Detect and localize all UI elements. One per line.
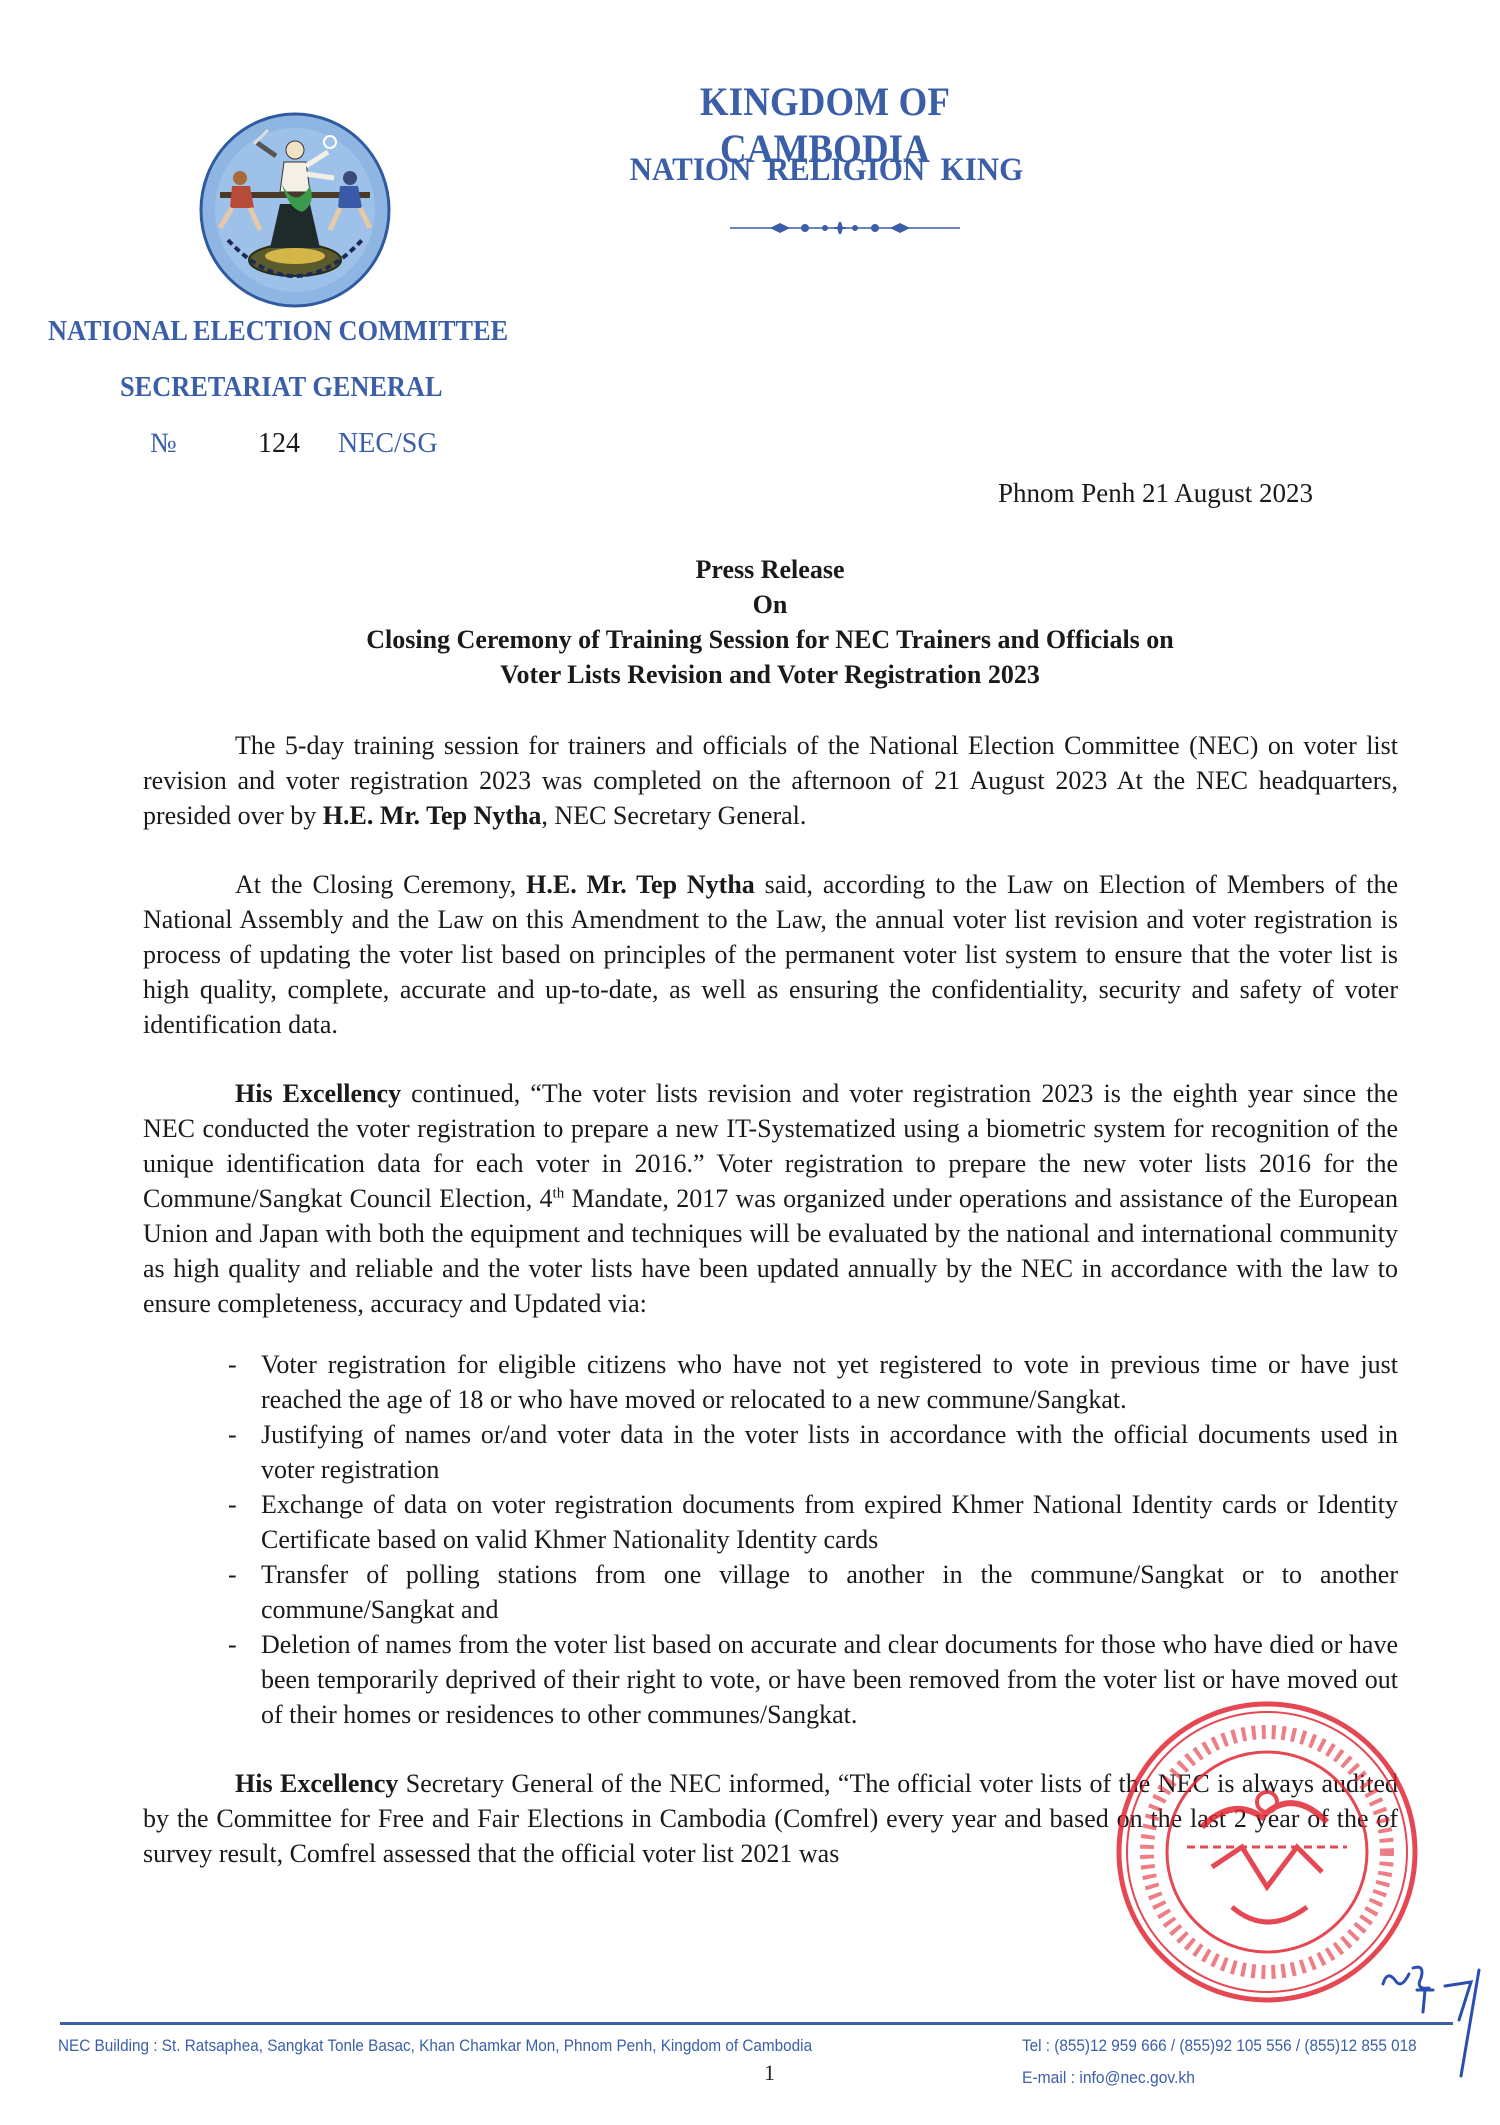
title-line: Press Release <box>160 552 1380 587</box>
paragraph-1: The 5-day training session for trainers … <box>143 728 1398 833</box>
organization-unit: SECRETARIAT GENERAL <box>120 372 443 404</box>
paragraph-4: His Excellency Secretary General of the … <box>143 1766 1398 1871</box>
title-line: Voter Lists Revision and Voter Registrat… <box>160 657 1380 692</box>
speaker-name: H.E. Mr. Tep Nytha <box>526 870 755 899</box>
organization-name: NATIONAL ELECTION COMMITTEE <box>48 316 508 348</box>
footer-telephone: Tel : (855)12 959 666 / (855)92 105 556 … <box>1022 2036 1417 2056</box>
title-line: Closing Ceremony of Training Session for… <box>160 622 1380 657</box>
press-release-title: Press Release On Closing Ceremony of Tra… <box>160 552 1380 692</box>
update-methods-list: Voter registration for eligible citizens… <box>143 1347 1398 1732</box>
divider-ornament-icon <box>730 222 960 234</box>
footer-address: NEC Building : St. Ratsaphea, Sangkat To… <box>58 2036 812 2056</box>
signature-initials-icon <box>1375 1960 1485 2080</box>
footer-email: E-mail : info@nec.gov.kh <box>1022 2068 1195 2088</box>
speaker-title: His Excellency <box>235 1079 401 1108</box>
place-and-date: Phnom Penh 21 August 2023 <box>998 478 1313 509</box>
doc-no-value: 124 <box>258 428 324 460</box>
list-item: Deletion of names from the voter list ba… <box>228 1627 1398 1732</box>
paragraph-3: His Excellency continued, “The voter lis… <box>143 1076 1398 1321</box>
national-motto: NATION RELIGION KING <box>615 152 1038 189</box>
list-item: Transfer of polling stations from one vi… <box>228 1557 1398 1627</box>
doc-no-label: № <box>150 428 258 460</box>
paragraph-2: At the Closing Ceremony, H.E. Mr. Tep Ny… <box>143 867 1398 1042</box>
nec-emblem-icon <box>198 112 392 308</box>
press-release-body: The 5-day training session for trainers … <box>143 728 1398 1905</box>
speaker-title: His Excellency <box>235 1769 398 1798</box>
list-item: Justifying of names or/and voter data in… <box>228 1417 1398 1487</box>
page-number: 1 <box>764 2060 775 2086</box>
document-number: №124 NEC/SG <box>150 428 438 460</box>
list-item: Exchange of data on voter registration d… <box>228 1487 1398 1557</box>
footer-divider <box>60 2022 1453 2025</box>
doc-no-suffix: NEC/SG <box>338 428 438 459</box>
presiding-official: H.E. Mr. Tep Nytha <box>323 801 542 830</box>
list-item: Voter registration for eligible citizens… <box>228 1347 1398 1417</box>
title-line: On <box>160 587 1380 622</box>
